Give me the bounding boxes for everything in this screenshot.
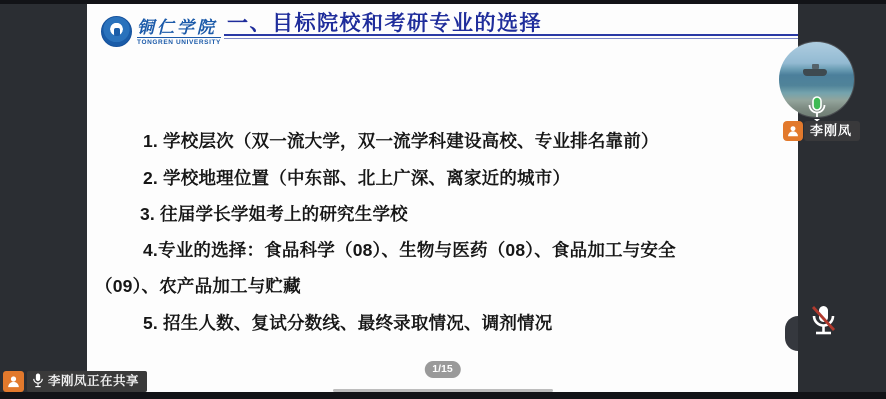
bullet-line: 4.专业的选择：食品科学（08）、生物与医药（08）、食品加工与安全: [143, 237, 676, 262]
page-indicator: 1/15: [424, 361, 460, 378]
participant-name-tag[interactable]: 李刚凤: [783, 121, 860, 141]
university-name-en: TONGREN UNIVERSITY: [137, 39, 221, 46]
person-icon: [3, 371, 24, 392]
share-mic-icon: [32, 373, 44, 389]
bullet-line: 2. 学校地理位置（中东部、北上广深、离家近的城市）: [143, 165, 570, 190]
avatar-boat-image: [803, 69, 827, 76]
panel-collapse-handle[interactable]: [785, 316, 798, 351]
shared-slide: 铜仁学院 TONGREN UNIVERSITY 一、目标院校和考研专业的选择 1…: [87, 4, 798, 392]
participant-name: 李刚凤: [804, 121, 860, 141]
university-logo-icon: [101, 16, 132, 47]
bullet-line: 1. 学校层次（双一流大学，双一流学科建设高校、专业排名靠前）: [143, 128, 659, 153]
bullet-line: 3. 往届学长学姐考上的研究生学校: [140, 201, 408, 226]
university-logo: 铜仁学院 TONGREN UNIVERSITY: [101, 16, 221, 47]
slide-title: 一、目标院校和考研专业的选择: [227, 7, 542, 37]
bullet-line: 5. 招生人数、复试分数线、最终录取情况、调剂情况: [143, 310, 552, 335]
sharing-status: 李刚凤正在共享: [3, 371, 147, 392]
bottom-letterbox-bar: [0, 392, 886, 399]
sharing-label: 李刚凤正在共享: [48, 373, 139, 389]
meeting-shared-screen: 铜仁学院 TONGREN UNIVERSITY 一、目标院校和考研专业的选择 1…: [0, 0, 886, 399]
bullet-line-wrap: （09）、农产品加工与贮藏: [95, 273, 301, 298]
university-name-cn: 铜仁学院: [137, 19, 221, 38]
person-icon: [783, 121, 803, 141]
mic-muted-icon[interactable]: [805, 301, 841, 352]
title-underline: [224, 34, 798, 39]
